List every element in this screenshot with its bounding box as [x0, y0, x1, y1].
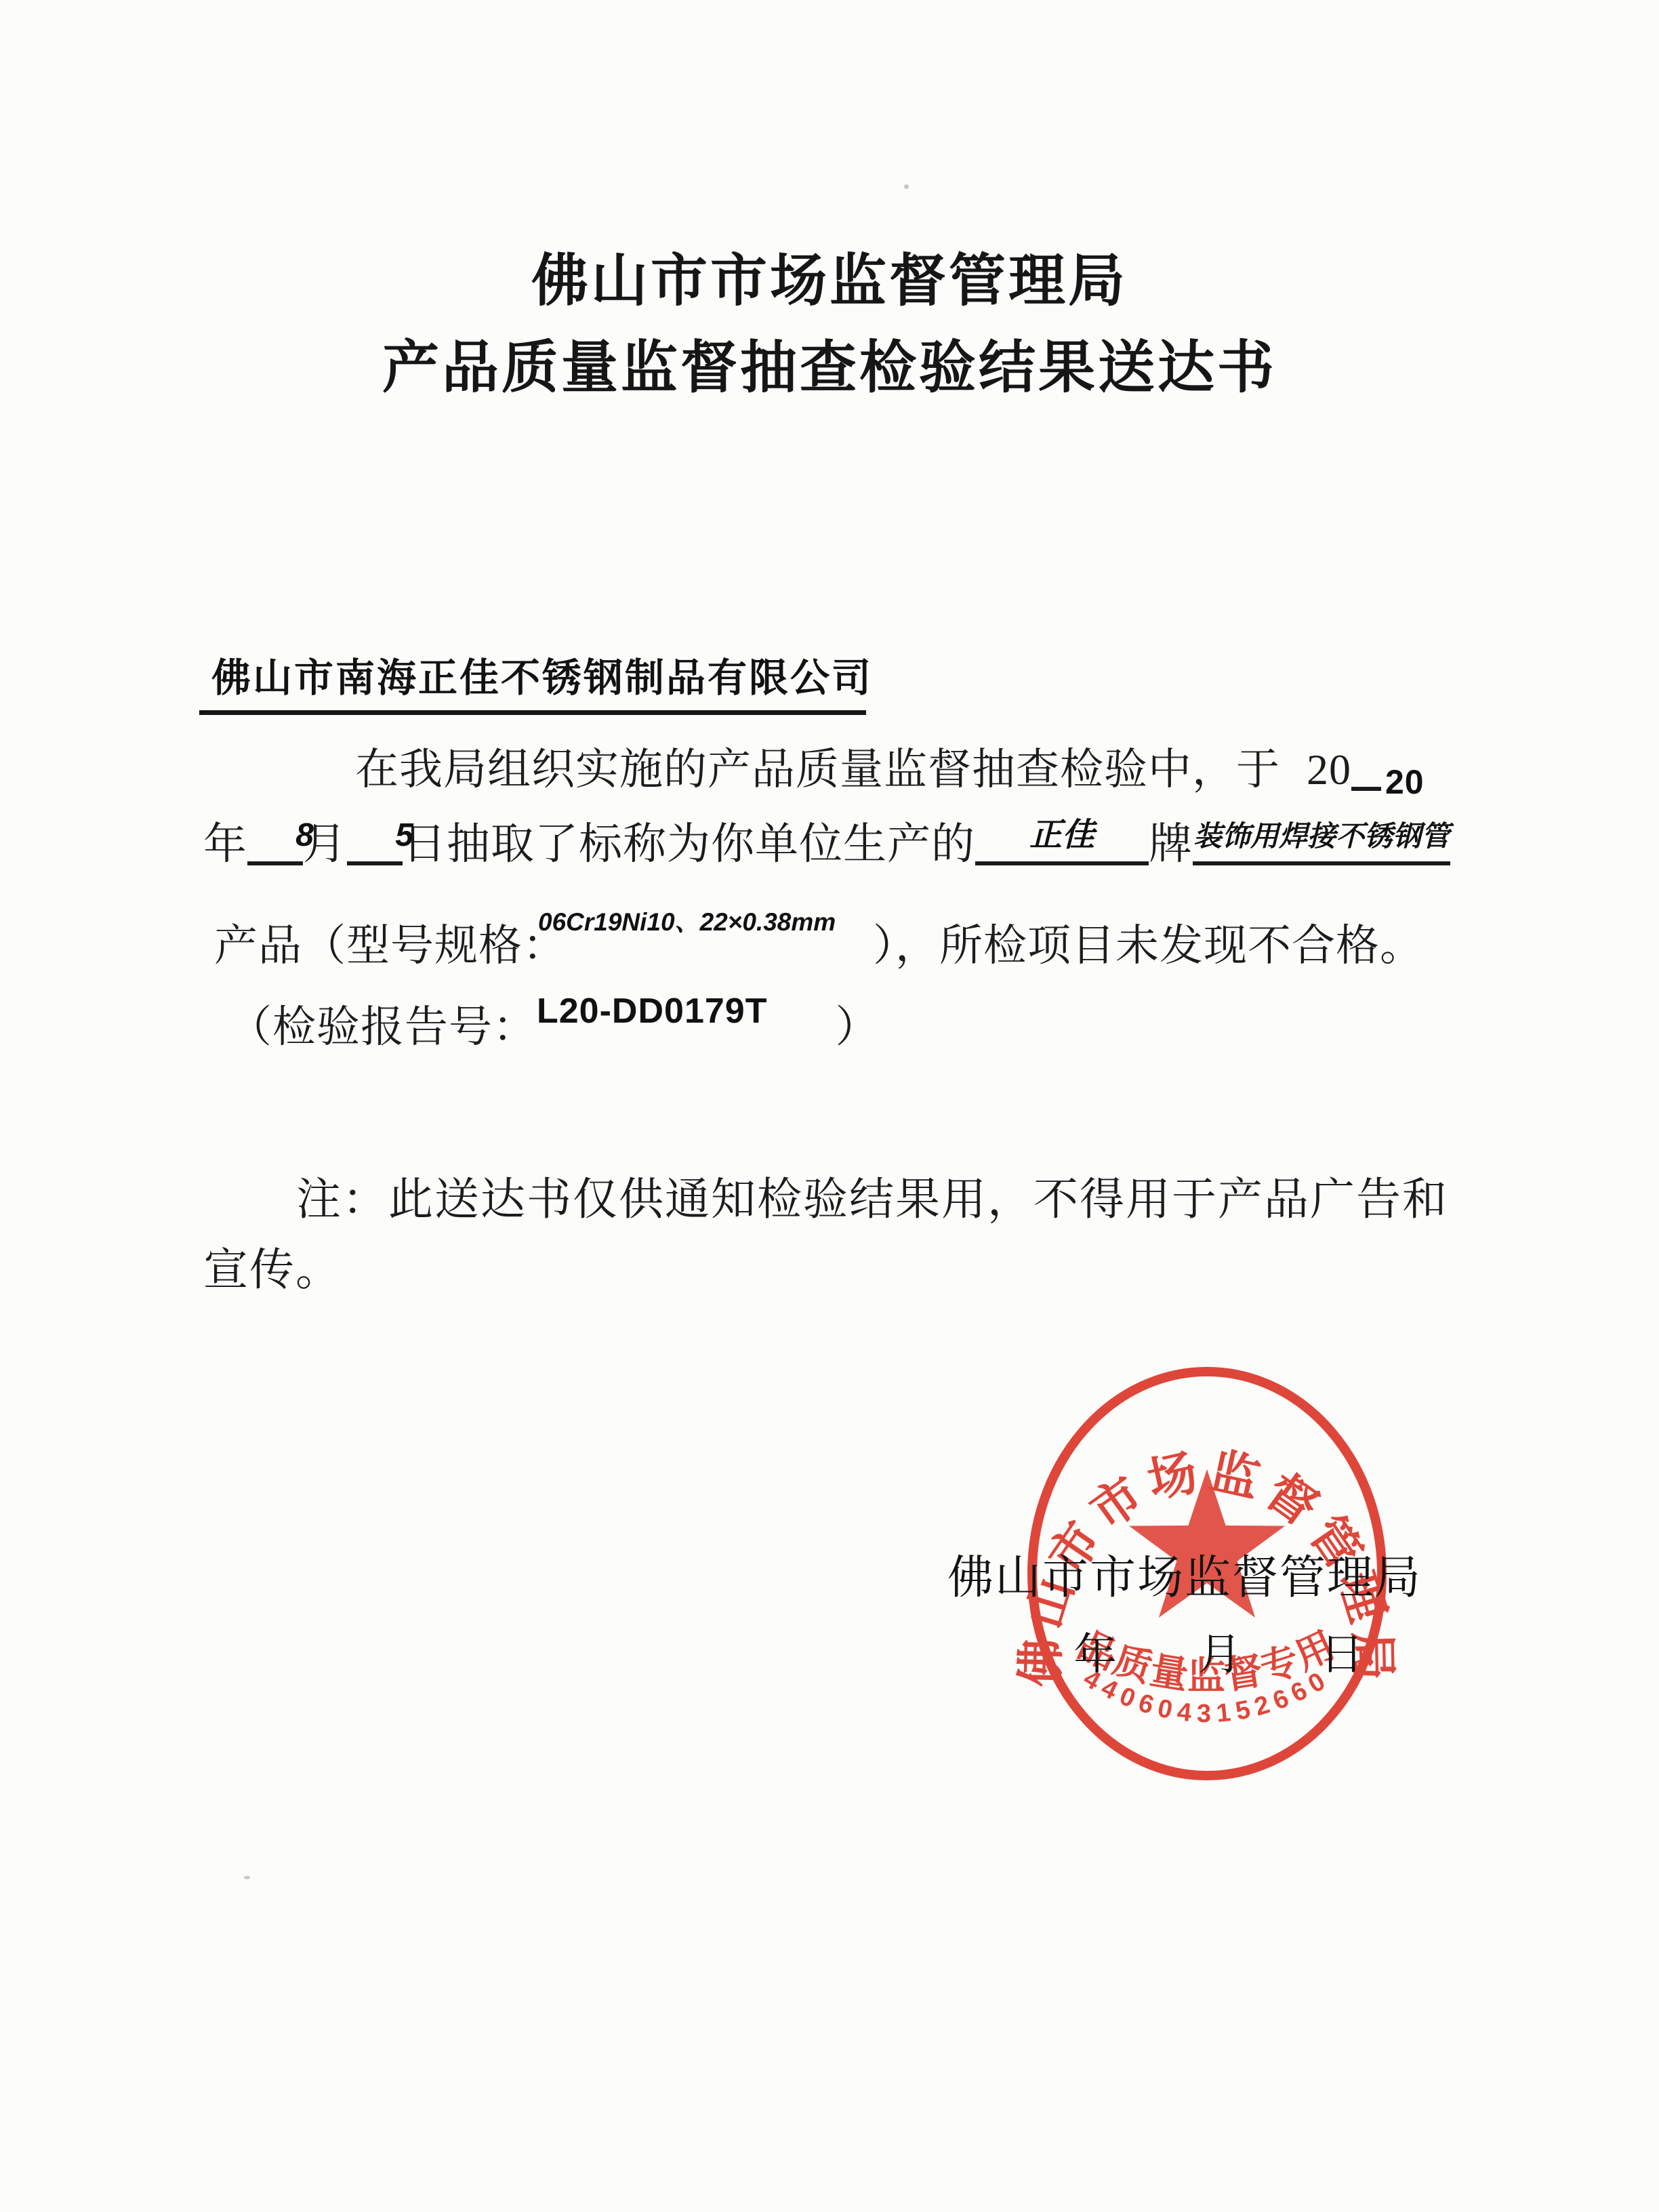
filled-spec-value: 06Cr19Ni10、22×0.38mm	[538, 909, 836, 935]
day-blank-line: 5	[347, 851, 403, 865]
body-line-3: 产品（型号规格：），所检项目未发现不合格。 06Cr19Ni10、22×0.38…	[214, 924, 1424, 968]
body-line2-text: 日抽取了标称为你单位生产的	[403, 820, 975, 868]
scan-speck	[244, 1876, 250, 1879]
body-line-1: 在我局组织实施的产品质量监督抽查检验中，于 2020	[355, 748, 1425, 792]
recipient-company-name: 佛山市南海正佳不锈钢制品有限公司	[211, 659, 873, 698]
body-line3-text: ），所检项目未发现不合格。	[873, 922, 1424, 970]
scan-speck	[904, 184, 909, 189]
brand-label: 牌	[1149, 820, 1193, 868]
month-blank-line: 8	[247, 851, 303, 865]
brand-blank-line: 正佳	[975, 851, 1149, 865]
filled-year-value: 20	[1385, 765, 1425, 799]
body-line-4: （检验报告号：L20-DD0179T）	[228, 1006, 879, 1049]
filled-report-no-value: L20-DD0179T	[537, 994, 767, 1029]
signature-date-line: 年 月 日	[0, 1633, 1659, 1681]
filled-day-value: 5	[395, 819, 413, 852]
printed-year-prefix: 20	[1307, 745, 1351, 794]
document-page: 佛山市市场监督管理局 产品质量监督抽查检验结果送达书 佛山市南海正佳不锈钢制品有…	[0, 0, 1659, 2212]
date-year-label: 年	[1073, 1633, 1117, 1677]
company-underline	[199, 710, 866, 715]
body-line-2: 年8月5日抽取了标称为你单位生产的正佳牌装饰用焊接不锈钢管	[203, 823, 1450, 866]
document-title-line2: 产品质量监督抽查检验结果送达书	[0, 339, 1659, 396]
filled-product-value: 装饰用焊接不锈钢管	[1193, 822, 1450, 851]
signature-agency-name: 佛山市市场监督管理局	[947, 1555, 1422, 1601]
date-month-label: 月	[1198, 1633, 1242, 1677]
filled-brand-value: 正佳	[1029, 819, 1094, 852]
note-line-2: 宣传。	[203, 1248, 342, 1293]
date-day-label: 日	[1320, 1633, 1364, 1677]
year-blank-line	[1351, 776, 1381, 791]
report-no-label: （检验报告号：	[228, 1003, 537, 1051]
filled-month-value: 8	[295, 819, 314, 852]
product-blank-line: 装饰用焊接不锈钢管	[1193, 851, 1450, 865]
document-title-line1: 佛山市市场监督管理局	[0, 252, 1659, 309]
body-line4-close: ）	[835, 1003, 879, 1051]
spec-label: 产品（型号规格：	[214, 922, 567, 970]
body-line1-text: 在我局组织实施的产品质量监督抽查检验中，于	[355, 745, 1280, 794]
year-label: 年	[203, 820, 247, 868]
note-line-1: 注：此送达书仅供通知检验结果用，不得用于产品广告和	[296, 1178, 1448, 1223]
